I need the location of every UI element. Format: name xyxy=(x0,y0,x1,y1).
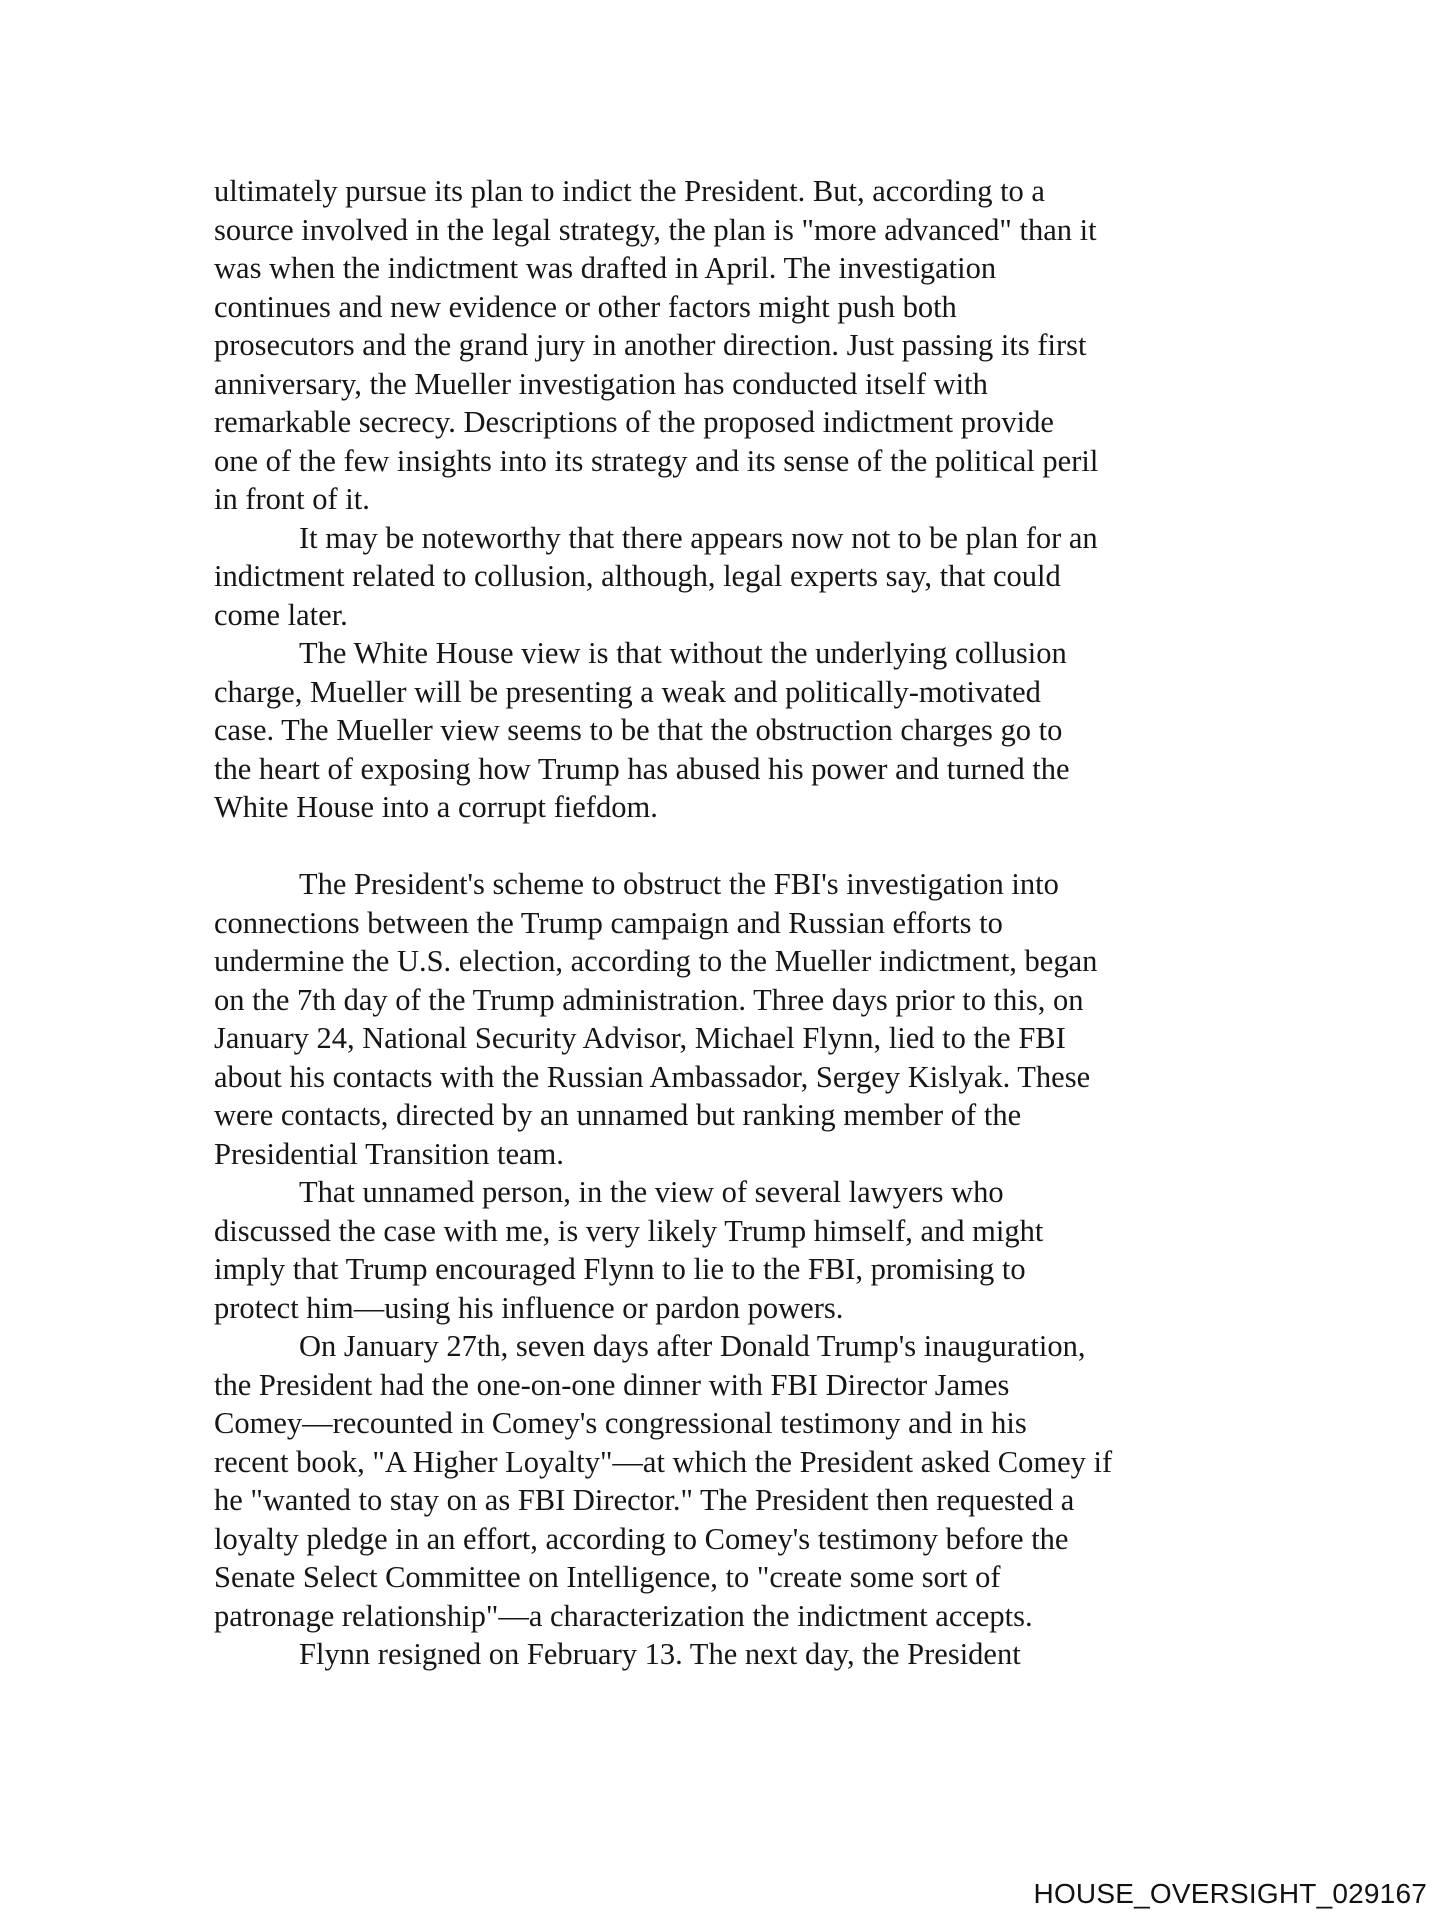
text-line: protect him—using his influence or pardo… xyxy=(214,1289,1254,1328)
text-line: the President had the one-on-one dinner … xyxy=(214,1366,1254,1405)
text-line: come later. xyxy=(214,596,1254,635)
body-text: ultimately pursue its plan to indict the… xyxy=(214,172,1254,1674)
text-line: remarkable secrecy. Descriptions of the … xyxy=(214,403,1254,442)
text-line: was when the indictment was drafted in A… xyxy=(214,249,1254,288)
text-line: ultimately pursue its plan to indict the… xyxy=(214,172,1254,211)
text-line: That unnamed person, in the view of seve… xyxy=(214,1173,1254,1212)
paragraph: The President's scheme to obstruct the F… xyxy=(214,865,1254,1173)
paragraph: The White House view is that without the… xyxy=(214,634,1254,827)
text-line: connections between the Trump campaign a… xyxy=(214,904,1254,943)
paragraph: It may be noteworthy that there appears … xyxy=(214,519,1254,635)
text-line: on the 7th day of the Trump administrati… xyxy=(214,981,1254,1020)
text-line: imply that Trump encouraged Flynn to lie… xyxy=(214,1250,1254,1289)
text-line: indictment related to collusion, althoug… xyxy=(214,557,1254,596)
text-line: continues and new evidence or other fact… xyxy=(214,288,1254,327)
text-line: White House into a corrupt fiefdom. xyxy=(214,788,1254,827)
paragraph: On January 27th, seven days after Donald… xyxy=(214,1327,1254,1635)
paragraph: Flynn resigned on February 13. The next … xyxy=(214,1635,1254,1674)
text-line: Senate Select Committee on Intelligence,… xyxy=(214,1558,1254,1597)
text-line: one of the few insights into its strateg… xyxy=(214,442,1254,481)
text-line: Flynn resigned on February 13. The next … xyxy=(214,1635,1254,1674)
text-line: about his contacts with the Russian Amba… xyxy=(214,1058,1254,1097)
paragraph: That unnamed person, in the view of seve… xyxy=(214,1173,1254,1327)
document-page: ultimately pursue its plan to indict the… xyxy=(0,0,1453,1920)
text-line: Comey—recounted in Comey's congressional… xyxy=(214,1404,1254,1443)
text-line: prosecutors and the grand jury in anothe… xyxy=(214,326,1254,365)
text-line: anniversary, the Mueller investigation h… xyxy=(214,365,1254,404)
text-line: source involved in the legal strategy, t… xyxy=(214,211,1254,250)
text-line: case. The Mueller view seems to be that … xyxy=(214,711,1254,750)
text-line: in front of it. xyxy=(214,480,1254,519)
blank-line xyxy=(214,827,1254,866)
text-line: On January 27th, seven days after Donald… xyxy=(214,1327,1254,1366)
text-line: undermine the U.S. election, according t… xyxy=(214,942,1254,981)
text-line: the heart of exposing how Trump has abus… xyxy=(214,750,1254,789)
text-line: charge, Mueller will be presenting a wea… xyxy=(214,673,1254,712)
text-line: January 24, National Security Advisor, M… xyxy=(214,1019,1254,1058)
text-line: Presidential Transition team. xyxy=(214,1135,1254,1174)
paragraph: ultimately pursue its plan to indict the… xyxy=(214,172,1254,519)
text-line: discussed the case with me, is very like… xyxy=(214,1212,1254,1251)
text-line: It may be noteworthy that there appears … xyxy=(214,519,1254,558)
bates-number: HOUSE_OVERSIGHT_029167 xyxy=(1034,1878,1427,1910)
text-line: patronage relationship"—a characterizati… xyxy=(214,1597,1254,1636)
text-line: were contacts, directed by an unnamed bu… xyxy=(214,1096,1254,1135)
text-line: The President's scheme to obstruct the F… xyxy=(214,865,1254,904)
text-line: recent book, "A Higher Loyalty"—at which… xyxy=(214,1443,1254,1482)
text-line: he "wanted to stay on as FBI Director." … xyxy=(214,1481,1254,1520)
text-line: The White House view is that without the… xyxy=(214,634,1254,673)
text-line: loyalty pledge in an effort, according t… xyxy=(214,1520,1254,1559)
